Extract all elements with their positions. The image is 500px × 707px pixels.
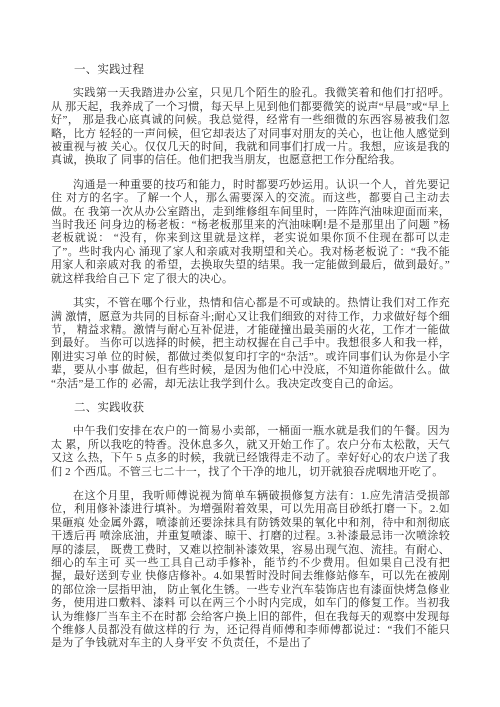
paragraph: 其实，不管在哪个行业，热情和信心都是不可或缺的。热情让我们对工作充满 激情，愿意… xyxy=(51,297,450,391)
paragraph: 中午我们安排在农户的一简易小卖部，一桶面一瓶水就是我们的午餐。因为太 累，所以我… xyxy=(51,425,450,479)
section-practice-gains: 二、实践收获 中午我们安排在农户的一简易小卖部，一桶面一瓶水就是我们的午餐。因为… xyxy=(51,402,450,651)
document-page: 一、实践过程 实践第一天我踏进办公室，只见几个陌生的脸孔。我微笑着和他们打招呼。… xyxy=(0,0,500,707)
paragraph: 沟通是一种重要的技巧和能力，时时都要巧妙运用。认识一个人，首先要记住 对方的名字… xyxy=(51,179,450,286)
section-heading-1: 一、实践过程 xyxy=(51,64,450,77)
paragraph: 实践第一天我踏进办公室，只见几个陌生的脸孔。我微笑着和他们打招呼。从 那天起，我… xyxy=(51,87,450,167)
section-practice-process: 一、实践过程 实践第一天我踏进办公室，只见几个陌生的脸孔。我微笑着和他们打招呼。… xyxy=(51,64,450,391)
section-heading-2: 二、实践收获 xyxy=(51,402,450,415)
paragraph: 在这个月里，我听师傅说视为简单车辆破损修复方法有：1.应先清洁受损部位，利用修补… xyxy=(51,490,450,651)
document-text-block: 一、实践过程 实践第一天我踏进办公室，只见几个陌生的脸孔。我微笑着和他们打招呼。… xyxy=(51,64,450,662)
